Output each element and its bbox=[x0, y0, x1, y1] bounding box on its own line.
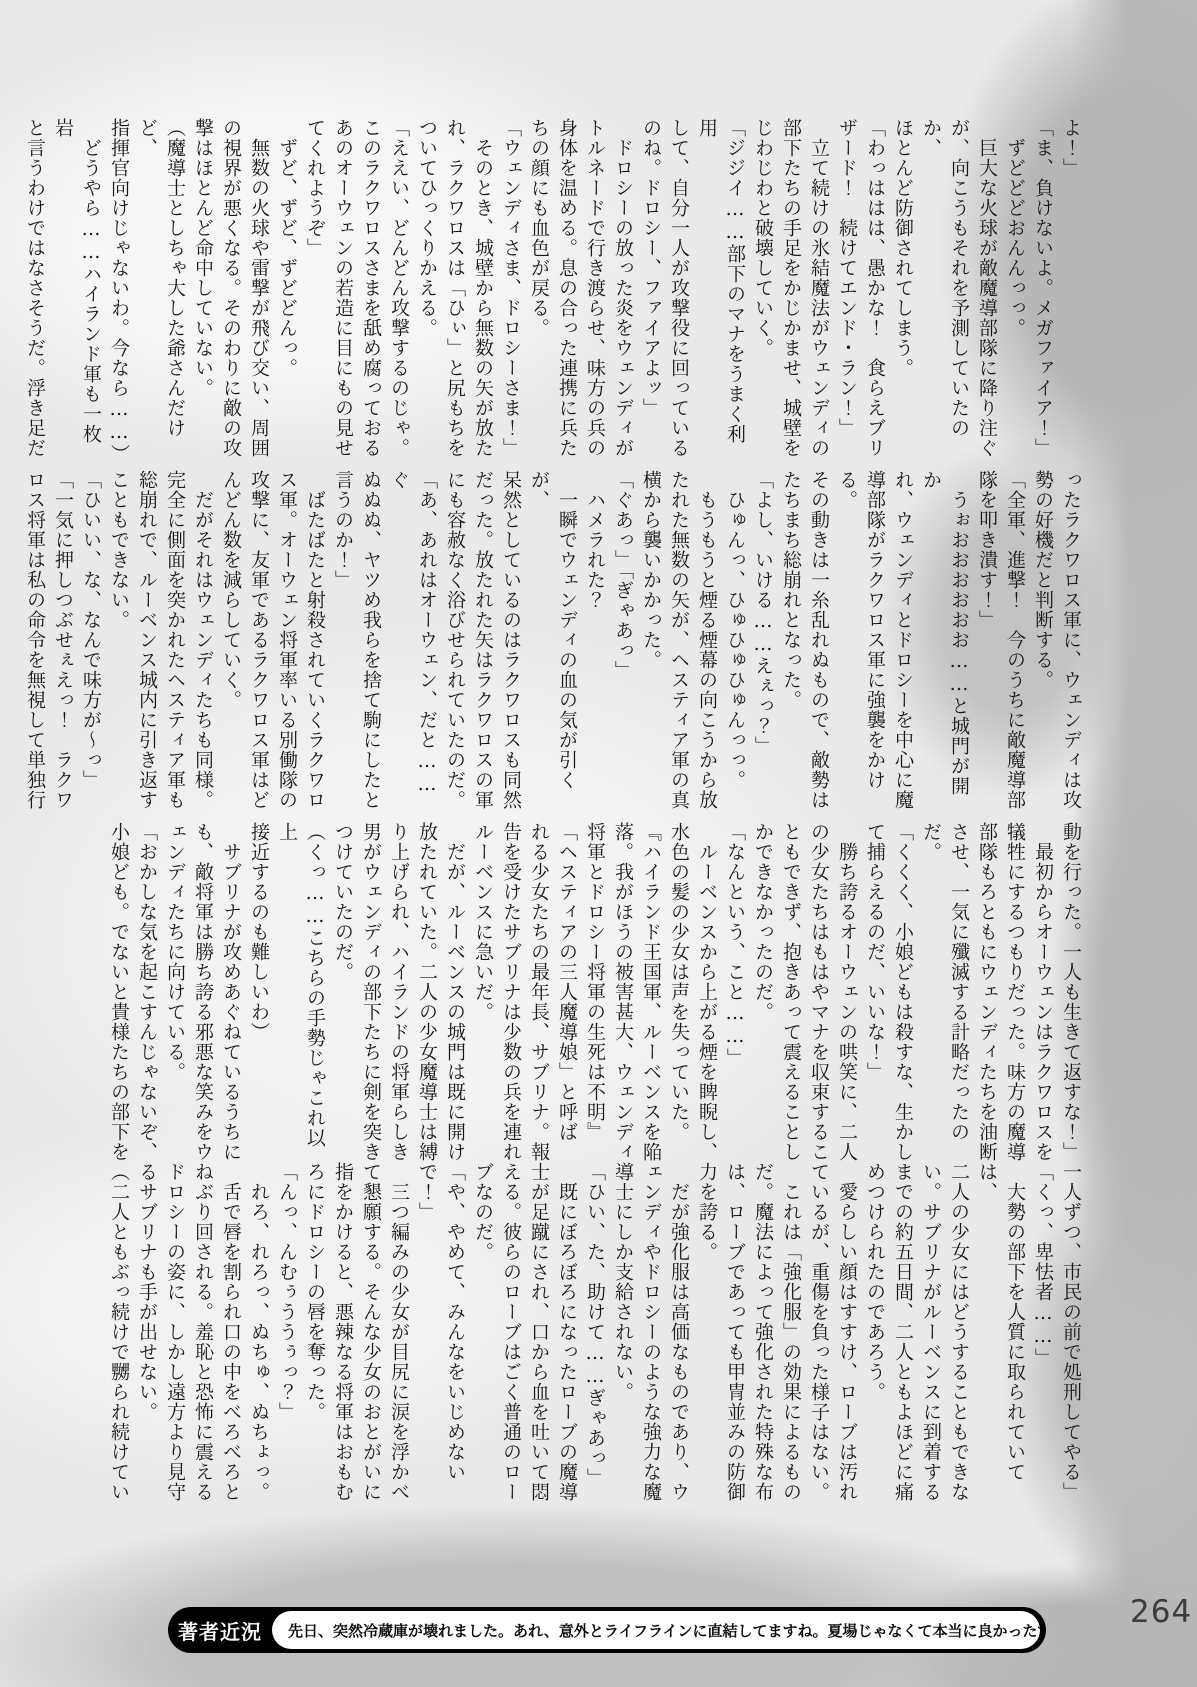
author-status-text: 先日、突然冷蔵庫が壊れました。あれ、意外とライフラインに直結してますね。夏場じゃ… bbox=[272, 1611, 1040, 1649]
text-column: だ。魔法によって強化された特殊な布 bbox=[749, 1162, 777, 1507]
text-column: ともできず、抱きあって震えることし bbox=[777, 822, 805, 1167]
text-column: だがそれはウェンディたちも同様。 bbox=[189, 470, 217, 815]
text-column: 指揮官向けじゃないわ。今なら……） bbox=[105, 118, 133, 463]
text-column: て捕らえるのだ、いいな！」 bbox=[861, 822, 889, 1167]
text-column: 身体を温める。息の合った連携に兵た bbox=[553, 118, 581, 463]
text-column: 動を行った。一人も生きて返すな！」 bbox=[1057, 822, 1085, 1167]
text-column: 「よし、いける……えぇっ？」 bbox=[749, 470, 777, 815]
text-column: 男がウェンディの部下たちに剣を突き bbox=[357, 822, 385, 1167]
author-status-label: 著者近況 bbox=[168, 1616, 272, 1645]
text-column: 小娘ども。でないと貴様たちの部下を bbox=[105, 822, 133, 1167]
text-column: 立て続けの氷結魔法がウェンディの bbox=[805, 118, 833, 463]
text-column: 一瞬でウェンディの血の気が引くが、 bbox=[525, 470, 581, 815]
text-column: そのとき、城壁から無数の矢が放た bbox=[469, 118, 497, 463]
text-column: は、ローブであっても甲冑並みの防御 bbox=[721, 1162, 749, 1507]
text-column: 「一気に押しつぶせぇえっ！ ラクワ bbox=[49, 470, 77, 815]
text-column: が、向こうもそれを予測していたのか、 bbox=[917, 118, 973, 463]
text-column: ねぶり回される。羞恥と恐怖に震える bbox=[189, 1162, 217, 1507]
text-column: ェンディたちに向けている。 bbox=[161, 822, 189, 1167]
text-column: 呆然としているのはラクワロスも同然 bbox=[497, 470, 525, 815]
text-column: これは「強化服」の効果によるもの bbox=[777, 1162, 805, 1507]
text-band-4: 一人ずつ、市民の前で処刑してやる」「くっ、卑怯者……」 大勢の部下を人質に取られ… bbox=[105, 1162, 1085, 1507]
text-column: 将軍とドロシー将軍の生死は不明』 bbox=[581, 822, 609, 1167]
text-column: と言うわけではなさそうだ。浮き足だ bbox=[21, 118, 49, 463]
text-column: 勝ち誇るオーウェンの哄笑に、二人 bbox=[833, 822, 861, 1167]
text-column: 力を誇る。 bbox=[693, 1162, 721, 1507]
text-column: 「や、やめて、みんなをいじめない bbox=[441, 1162, 469, 1507]
text-column: （魔導士としちゃ大した爺さんだけど、 bbox=[133, 118, 189, 463]
novel-page-scan: { "colors":{ "page-bg":"#e9e9e9", "ink":… bbox=[0, 0, 1197, 1687]
text-column: 「くっ、卑怯者……」 bbox=[1029, 1162, 1057, 1507]
text-column: ついてひっくりかえる。 bbox=[413, 118, 441, 463]
text-column: 犠牲にするつもりだった。味方の魔導 bbox=[1001, 822, 1029, 1167]
text-column: ハメラれた？ bbox=[581, 470, 609, 815]
text-column: 総崩れで、ルーベンス城内に引き返す bbox=[133, 470, 161, 815]
text-column: その動きは一糸乱れぬもので、敵勢は bbox=[805, 470, 833, 815]
text-column: めつけられたのであろう。 bbox=[861, 1162, 889, 1507]
text-column: ドロシーの姿に、しかし遠方より見守 bbox=[161, 1162, 189, 1507]
text-column: 指をかけると、悪辣なる将軍はおもむ bbox=[329, 1162, 357, 1507]
text-column: 「くくく、小娘どもは殺すな、生かし bbox=[889, 822, 917, 1167]
text-column: かできなかったのだ。 bbox=[749, 822, 777, 1167]
text-column: サブリナが攻めあぐねているうちに bbox=[217, 822, 245, 1167]
text-column: 接近するのも難しいわ） bbox=[245, 822, 273, 1167]
text-column: 「ま、負けないよ。メガファイア！」 bbox=[1029, 118, 1057, 463]
text-column: つけていたのだ。 bbox=[329, 822, 357, 1167]
text-column: 愛らしい顔はすすけ、ローブは汚れ bbox=[833, 1162, 861, 1507]
text-column: ス軍。オーウェン将軍率いる別働隊の bbox=[273, 470, 301, 815]
text-column: 既にぼろぼろになったローブの魔導 bbox=[553, 1162, 581, 1507]
text-column: させ、一気に殲滅する計略だったのだ。 bbox=[917, 822, 973, 1167]
text-column: 放たれていた。二人の少女魔導士は縛 bbox=[413, 822, 441, 1167]
text-column: 隊を叩き潰す！」 bbox=[973, 470, 1001, 815]
text-column: 「ジジイ……部下のマナをうまく利用 bbox=[693, 118, 749, 463]
text-column: 「おかしな気を起こすんじゃないぞ、 bbox=[133, 822, 161, 1167]
text-column: 落。我がほうの被害甚大、ウェンディ bbox=[609, 822, 637, 1167]
text-column: ルーベンスに急いだ。 bbox=[469, 822, 497, 1167]
text-column: ちの顔にも血色が戻る。 bbox=[525, 118, 553, 463]
text-column: 横から襲いかかった。 bbox=[637, 470, 665, 815]
text-column: れ、ラクワロスは「ひぃ」と尻もちを bbox=[441, 118, 469, 463]
text-column: で！」 bbox=[413, 1162, 441, 1507]
text-column: だが強化服は高価なものであり、ウ bbox=[665, 1162, 693, 1507]
text-column: り上げられ、ハイランドの将軍らしき bbox=[385, 822, 413, 1167]
text-column: るサブリナも手が出せない。 bbox=[133, 1162, 161, 1507]
text-band-1: よ！」「ま、負けないよ。メガファイア！」 ずどどどおんんっっ。 巨大な火球が敵魔… bbox=[21, 118, 1085, 463]
text-column: よ！」 bbox=[1057, 118, 1085, 463]
text-column: だが、ルーベンスの城門は既に開け bbox=[441, 822, 469, 1167]
text-column: 「ひいい、な、なんで味方が～っ」 bbox=[77, 470, 105, 815]
text-column: 言うのか！」 bbox=[329, 470, 357, 815]
text-column: 「ヘスティアの三人魔導娘」と呼ば bbox=[553, 822, 581, 1167]
text-column: 「全軍、進撃！ 今のうちに敵魔導部 bbox=[1001, 470, 1029, 815]
text-column: て懇願する。そんな少女のおとがいに bbox=[357, 1162, 385, 1507]
text-column: トルネードで行き渡らせ、味方の兵の bbox=[581, 118, 609, 463]
text-column: だった。放たれた矢はラクワロスの軍 bbox=[469, 470, 497, 815]
text-column: 「ええい、どんどん攻撃するのじゃ。 bbox=[385, 118, 413, 463]
text-column: うぉおおおおおお……と城門が開か bbox=[917, 470, 973, 815]
text-column: 「わっははは、愚かな！ 食らえブリ bbox=[861, 118, 889, 463]
text-column: （くっ……こちらの手勢じゃこれ以上 bbox=[273, 822, 329, 1167]
text-column: れ、ウェンディとドロシーを中心に魔 bbox=[889, 470, 917, 815]
text-column: ザード！ 続けてエンド・ラン！」 bbox=[833, 118, 861, 463]
text-column: 水色の髪の少女は声を失っていた。 bbox=[665, 822, 693, 1167]
text-column: こともできない。 bbox=[105, 470, 133, 815]
text-column: 一人ずつ、市民の前で処刑してやる」 bbox=[1057, 1162, 1085, 1507]
text-column: たちまち総崩れとなった。 bbox=[777, 470, 805, 815]
text-column: 「ぐあっ」「ぎゃあっ」 bbox=[609, 470, 637, 815]
text-column: ずどどどおんんっっ。 bbox=[1001, 118, 1029, 463]
text-column: にも容赦なく浴びせられていたのだ。 bbox=[441, 470, 469, 815]
text-band-3: 動を行った。一人も生きて返すな！」 最初からオーウェンはラクワロスを犠牲にするつ… bbox=[105, 822, 1085, 1167]
text-column: 告を受けたサブリナは少数の兵を連れ bbox=[497, 822, 525, 1167]
author-status-capsule: 著者近況 先日、突然冷蔵庫が壊れました。あれ、意外とライフラインに直結してますね… bbox=[168, 1607, 1046, 1653]
text-column: ずど、ずど、ずどどんっ。 bbox=[273, 118, 301, 463]
text-column: までの約五日間、二人ともよほどに痛 bbox=[889, 1162, 917, 1507]
text-column: 部下たちの手足をかじかませ、城壁を bbox=[777, 118, 805, 463]
text-column: 完全に側面を突かれたヘスティア軍も bbox=[161, 470, 189, 815]
text-band-2: ったラクワロス軍に、ウェンディは攻勢の好機だと判断する。「全軍、進撃！ 今のうち… bbox=[21, 470, 1085, 815]
text-column: ぬぬぬ、ヤツめ我らを捨て駒にしたと bbox=[357, 470, 385, 815]
text-column: 攻撃に、友軍であるラクワロス軍はど bbox=[245, 470, 273, 815]
text-column: も、敵将軍は勝ち誇る邪悪な笑みをウ bbox=[189, 822, 217, 1167]
text-column: 最初からオーウェンはラクワロスを bbox=[1029, 822, 1057, 1167]
text-column: ェンディやドロシーのような強力な魔 bbox=[637, 1162, 665, 1507]
text-column: ルーベンスから上がる煙を睥睨し、 bbox=[693, 822, 721, 1167]
text-column: の少女たちはもはやマナを収束するこ bbox=[805, 822, 833, 1167]
text-column: 導士にしか支給されない。 bbox=[609, 1162, 637, 1507]
text-column: 「んっ、んむぅううぅっ？」 bbox=[273, 1162, 301, 1507]
text-column: れる少女たちの最年長、サブリナ。報 bbox=[525, 822, 553, 1167]
text-column: れろ、れろっ、ぬちゅ、ぬちょっ。 bbox=[245, 1162, 273, 1507]
text-column: たれた無数の矢が、ヘスティア軍の真 bbox=[665, 470, 693, 815]
text-column: あのオーウェンの若造に目にもの見せ bbox=[329, 118, 357, 463]
text-column: 無数の火球や雷撃が飛び交い、周囲 bbox=[245, 118, 273, 463]
text-column: ほとんど防御されてしまう。 bbox=[889, 118, 917, 463]
text-column: 勢の好機だと判断する。 bbox=[1029, 470, 1057, 815]
text-column: ろにドロシーの唇を奪った。 bbox=[301, 1162, 329, 1507]
text-column: 三つ編みの少女が目尻に涙を浮かべ bbox=[385, 1162, 413, 1507]
text-column: ブなのだ。 bbox=[469, 1162, 497, 1507]
text-column: い。サブリナがルーベンスに到着する bbox=[917, 1162, 945, 1507]
text-column: 「ひい、た、助けて……ぎゃあっ」 bbox=[581, 1162, 609, 1507]
text-column: 「なんという、こと……」 bbox=[721, 822, 749, 1167]
text-column: （二人ともぶっ続けで嬲られ続けてい bbox=[105, 1162, 133, 1507]
text-column: 巨大な火球が敵魔導部隊に降り注ぐ bbox=[973, 118, 1001, 463]
text-column: 撃はほとんど命中していない。 bbox=[189, 118, 217, 463]
text-column: このラクワロスさまを舐め腐っておる bbox=[357, 118, 385, 463]
text-column: 大勢の部下を人質に取られていては、 bbox=[973, 1162, 1029, 1507]
text-column: ひゅんっ、ひゅひゅひゅんっっ。 bbox=[721, 470, 749, 815]
text-column: 「あ、あれはオーウェン、だと……ぐ bbox=[385, 470, 441, 815]
text-column: 導部隊がラクワロス軍に強襲をかける。 bbox=[833, 470, 889, 815]
text-column: どうやら……ハイランド軍も一枚岩 bbox=[49, 118, 105, 463]
text-column: 舌で唇を割られ口の中をべろべろと bbox=[217, 1162, 245, 1507]
text-column: ロス将軍は私の命令を無視して単独行 bbox=[21, 470, 49, 815]
text-column: 二人の少女にはどうすることもできな bbox=[945, 1162, 973, 1507]
text-column: ているが、重傷を負った様子はない。 bbox=[805, 1162, 833, 1507]
text-column: んどん数を減らしていく。 bbox=[217, 470, 245, 815]
text-column: 部隊もろともにウェンディたちを油断 bbox=[973, 822, 1001, 1167]
text-column: 士が足蹴にされ、口から血を吐いて悶 bbox=[525, 1162, 553, 1507]
text-column: して、自分一人が攻撃役に回っている bbox=[665, 118, 693, 463]
page-number: 264 bbox=[1130, 1594, 1192, 1630]
text-column: のね。ドロシー、ファイアよッ」 bbox=[637, 118, 665, 463]
text-column: える。彼らのローブはごく普通のロー bbox=[497, 1162, 525, 1507]
text-column: 「ウェンディさま、ドロシーさま！」 bbox=[497, 118, 525, 463]
text-column: ばたばたと射殺されていくラクワロ bbox=[301, 470, 329, 815]
text-column: 『ハイランド王国軍、ルーベンスを陥 bbox=[637, 822, 665, 1167]
text-column: の視界が悪くなる。そのわりに敵の攻 bbox=[217, 118, 245, 463]
text-column: てくれようぞ」 bbox=[301, 118, 329, 463]
text-column: ドロシーの放った炎をウェンディが bbox=[609, 118, 637, 463]
text-column: じわじわと破壊していく。 bbox=[749, 118, 777, 463]
text-column: ったラクワロス軍に、ウェンディは攻 bbox=[1057, 470, 1085, 815]
text-column: もうもうと煙る煙幕の向こうから放 bbox=[693, 470, 721, 815]
